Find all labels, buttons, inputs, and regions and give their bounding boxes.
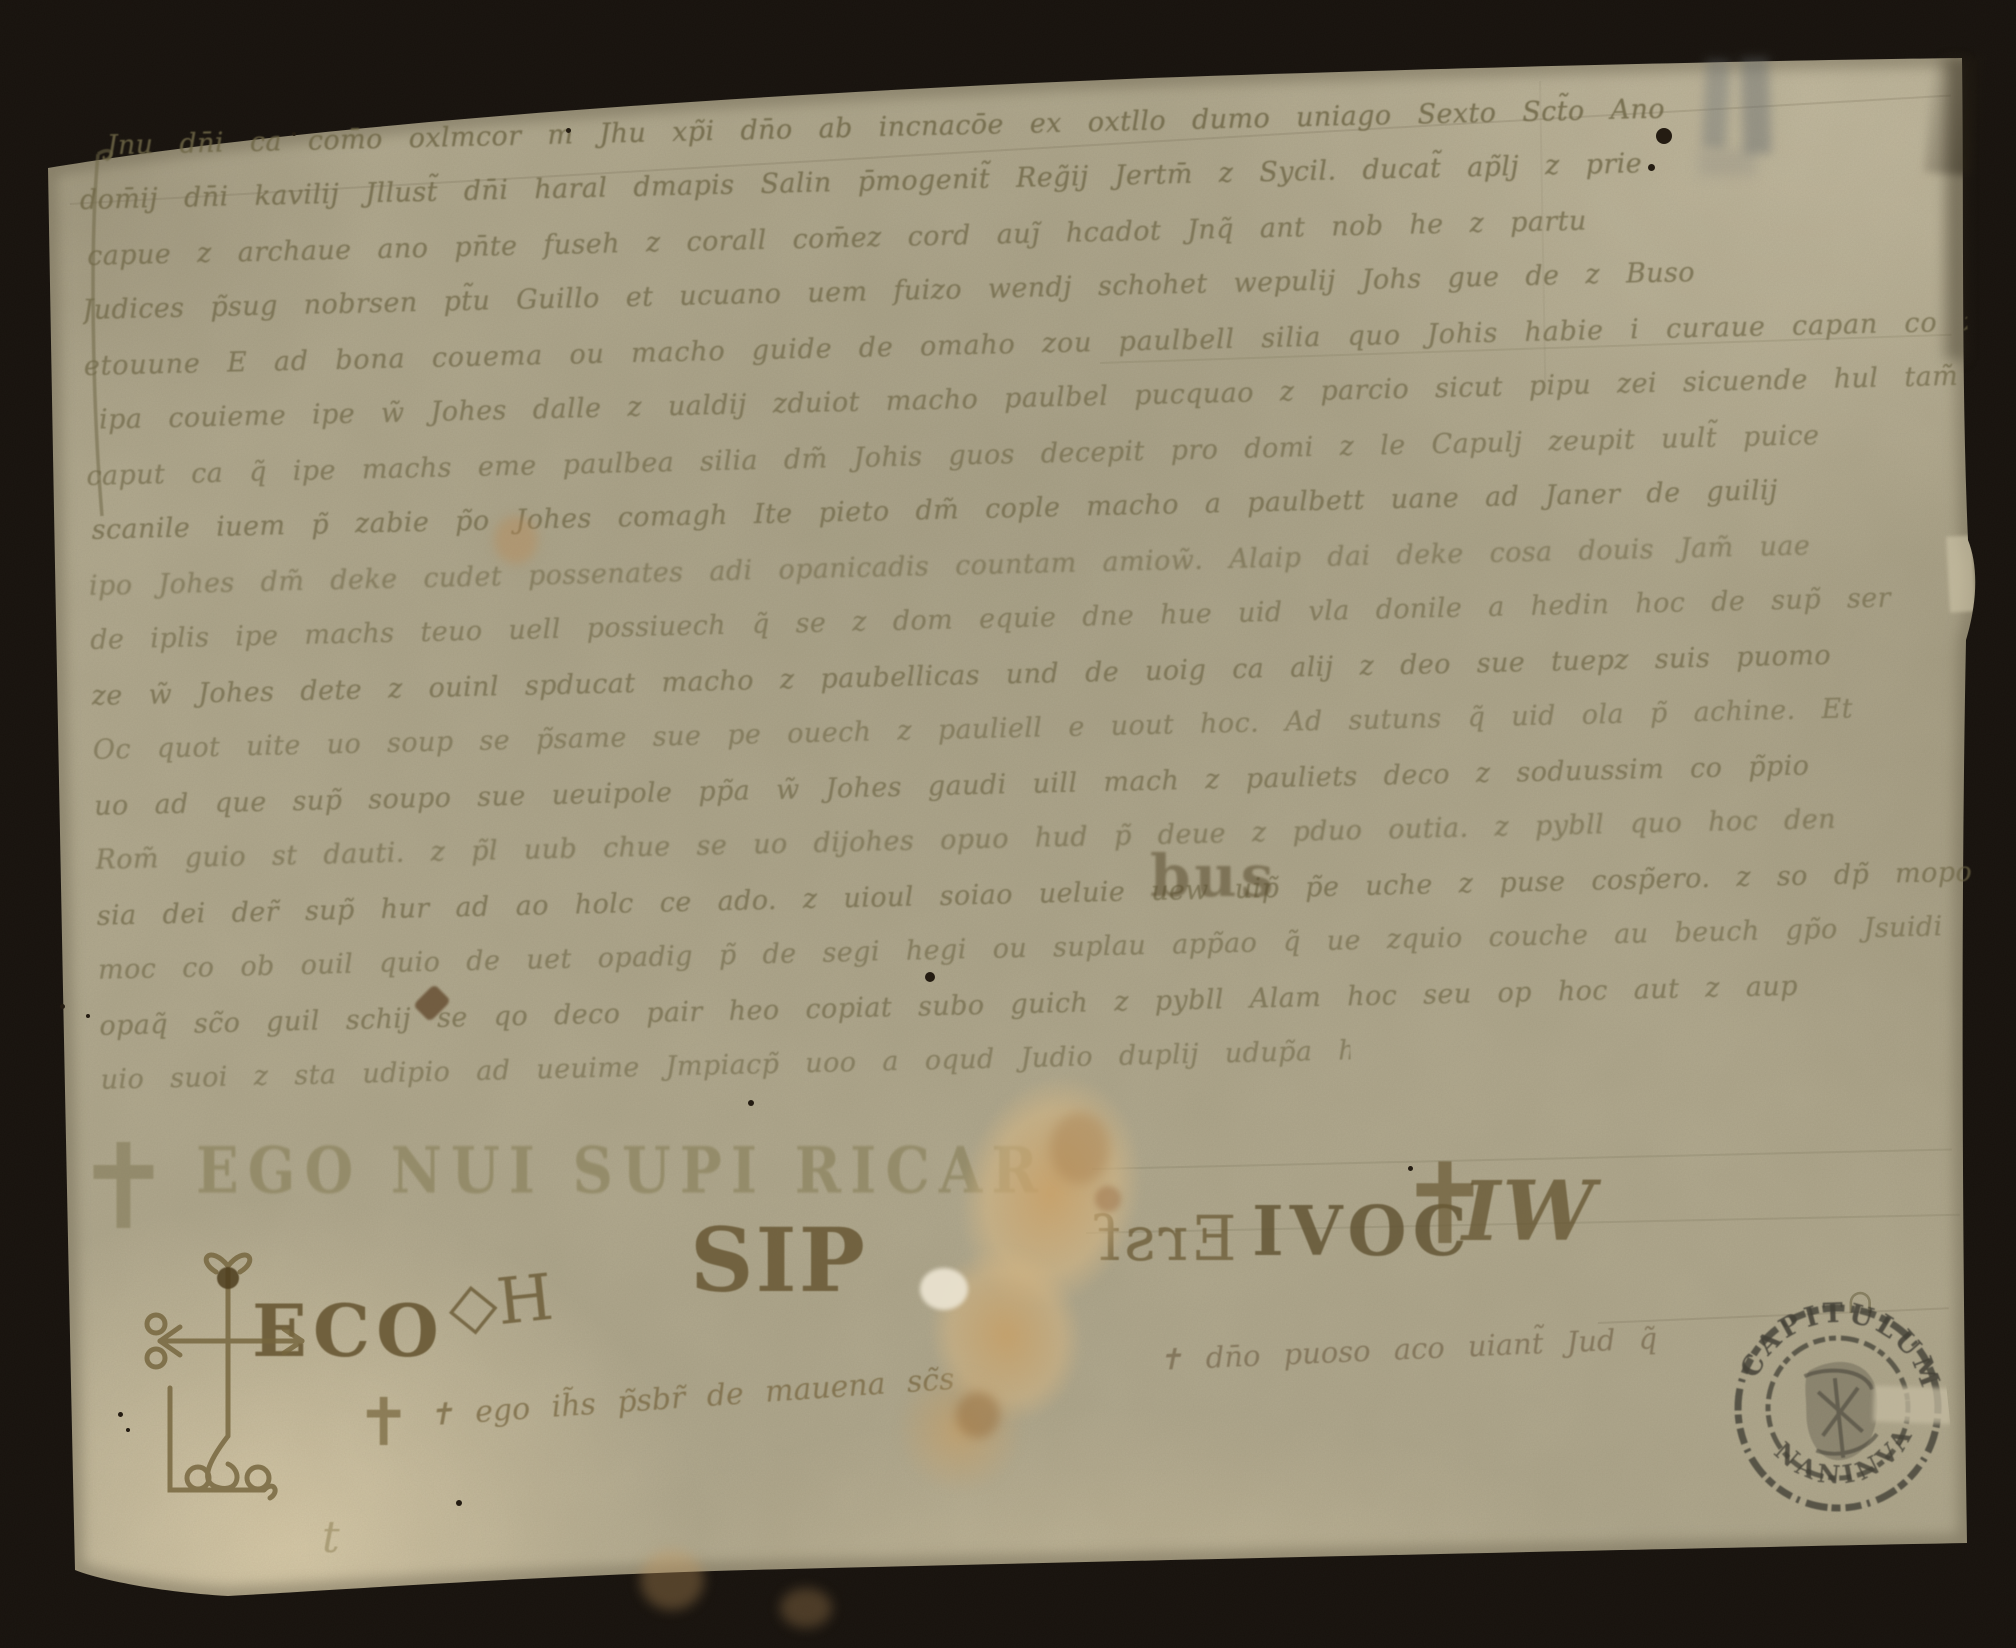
penwork-cross-icon: ✝	[356, 1384, 411, 1461]
initial-descender-flourish	[84, 148, 120, 528]
penwork-bus-letters: bus	[1150, 842, 1277, 910]
penwork-pentagon-h-glyph: ◇H	[444, 1261, 556, 1346]
archive-ink-stamp: CAPITULUM NANINVA	[1717, 1287, 1959, 1529]
small-stain	[780, 1588, 832, 1628]
penwork-iw-monogram: IW	[1462, 1164, 1596, 1260]
penwork-ego-inscription: EGO NUI SUPI RICAR	[196, 1133, 1047, 1208]
penwork-mirrored-letters: Ersf	[1095, 1202, 1237, 1275]
notarial-sign-cross	[140, 1236, 330, 1516]
text-block: Jnu dn̄i ca com̄o oxlmcor m Jhu xp̃i dn̄…	[78, 74, 1985, 1108]
penwork-sip-monogram: SIP	[690, 1208, 867, 1312]
stray-letter-mark: t	[322, 1512, 340, 1563]
